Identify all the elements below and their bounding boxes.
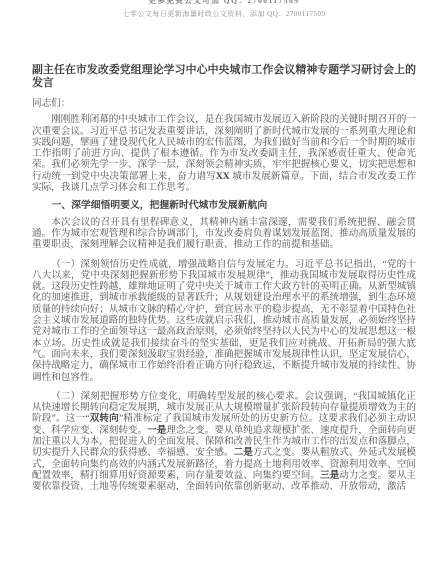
document-title: 副主任在市发改委党组理论学习中心中央城市工作会议精神专题学习研讨会上的发言 bbox=[32, 64, 416, 90]
watermark-header: 更多免费公文可加 QQ：2700117509 七零公文每日更新海量时政公文资料，… bbox=[32, 0, 416, 19]
salutation: 同志们： bbox=[32, 98, 416, 109]
list-marker-third: 三是 bbox=[320, 470, 339, 481]
paragraph-point-2: （二）深刻把握形势方位变化，明确转型发展的核心要求。会议强调，“我国城镇化正从快… bbox=[32, 391, 416, 493]
list-marker-first: 一是 bbox=[147, 425, 166, 436]
paragraph-intro: 刚刚胜利闭幕的中央城市工作会议，是在我国城市发展迈入新阶段的关键时期召开的一次重… bbox=[32, 114, 416, 193]
placeholder-city-name: XX bbox=[216, 171, 230, 182]
watermark-line-1: 更多免费公文可加 QQ：2700117509 bbox=[32, 0, 416, 6]
document-page: 更多免费公文可加 QQ：2700117509 七零公文每日更新海量时政公文资料，… bbox=[0, 0, 448, 580]
list-marker-second: 二是 bbox=[234, 447, 253, 458]
keyword-double-shift: 双转向 bbox=[89, 413, 118, 424]
paragraph-point-1: （一）深刻领悟历史性成就，增强战略自信与发展定力。习近平总书记指出，“党的十八大… bbox=[32, 259, 416, 383]
section-heading-1: 一、深学细悟明要义，把握新时代城市发展新航向 bbox=[32, 200, 416, 211]
watermark-line-2: 七零公文每日更新海量时政公文资料，添加 QQ：2700117509 bbox=[32, 9, 416, 19]
paragraph-section-overview: 本次会议的召开具有里程碑意义，其精神内涵丰富深邃，需要我们系统把握、融会贯通。作… bbox=[32, 217, 416, 251]
